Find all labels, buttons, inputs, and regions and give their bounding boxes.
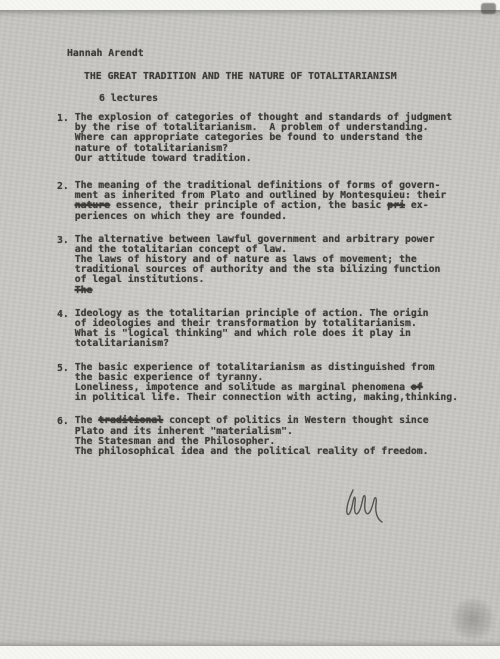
item-number: 2. <box>57 181 69 192</box>
text-segment: totalitarianism? <box>75 338 169 349</box>
struck-out-text: The <box>75 285 93 296</box>
item-number: 6. <box>57 416 69 427</box>
document-content: Hannah Arendt THE GREAT TRADITION AND TH… <box>0 0 500 659</box>
author-name: Hannah Arendt <box>67 48 144 59</box>
list-item: 3.The alternative between lawful governm… <box>57 235 482 296</box>
handwritten-scribble-mark <box>343 482 389 530</box>
text-segment: of legal institutions. <box>75 274 205 285</box>
text-line: periences on which they are founded. <box>75 212 482 222</box>
text-segment: The philosophical idea and the political… <box>75 446 429 457</box>
item-number: 4. <box>57 309 69 320</box>
list-item: 1.The explosion of categories of thought… <box>57 113 482 164</box>
item-number: 1. <box>57 113 69 124</box>
list-item: 4.Ideology as the totalitarian principle… <box>57 309 482 350</box>
struck-out-text: pri <box>387 200 405 211</box>
list-item: 6.The traditional concept of politics in… <box>57 416 482 457</box>
text-segment: Our attitude toward tradition. <box>75 153 252 164</box>
text-line: The <box>75 286 482 296</box>
text-line: The philosophical idea and the political… <box>75 447 482 457</box>
text-line: of legal institutions. <box>75 275 482 285</box>
text-line: in political life. Their connection with… <box>75 393 482 403</box>
item-number: 3. <box>57 235 69 246</box>
list-item: 5.The basic experience of totalitarianis… <box>57 363 482 404</box>
text-line: totalitarianism? <box>75 339 482 349</box>
item-number: 5. <box>57 363 69 374</box>
text-segment: in political life. Their connection with… <box>75 392 458 403</box>
text-segment: periences on which they are founded. <box>75 211 287 222</box>
lecture-list: 1.The explosion of categories of thought… <box>57 113 482 470</box>
list-item: 2.The meaning of the traditional definit… <box>57 181 482 222</box>
lecture-count: 6 lectures <box>99 93 158 104</box>
document-title: THE GREAT TRADITION AND THE NATURE OF TO… <box>84 71 397 82</box>
text-segment: ex- <box>405 200 429 211</box>
text-line: Our attitude toward tradition. <box>75 154 482 164</box>
